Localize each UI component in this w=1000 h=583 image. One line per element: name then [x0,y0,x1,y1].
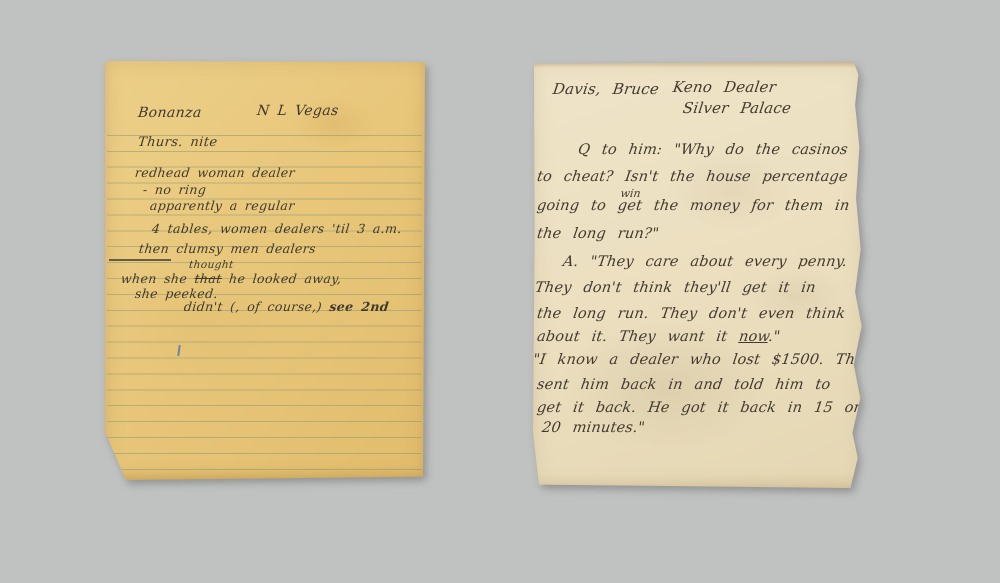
right-note-q-line4: the long run?" [536,226,660,242]
left-note-line-clumsy: then clumsy men dealers [138,241,317,256]
right-note-d-line2: sent him back in and told him to [536,377,832,393]
a-line4-suffix: ." [767,329,781,345]
left-note-date: Thurs. nite [137,135,218,150]
peek-struck-word: that [194,271,223,286]
didnt-prefix: didn't (, of course,) [183,299,330,314]
left-note-page-wrap: Bonanza N L Vegas Thurs. nite redhead wo… [105,61,425,480]
right-note-page: Davis, Bruce Keno Dealer Silver Palace Q… [533,62,863,488]
right-note-q-line2: to cheat? Isn't the house percentage [536,169,849,185]
a-line4-prefix: about it. They want it [536,329,740,345]
peek-suffix: he looked away, [221,271,342,286]
didnt-emphasis: see 2nd [329,299,390,314]
q-line3-prefix: going to [536,198,619,214]
left-note-line-didnt: didn't (, of course,) see 2nd [183,299,390,314]
q-line3-insert-win: win [620,187,642,200]
left-note-location: N L Vegas [256,103,339,119]
left-note-line-ring: - no ring [142,182,207,197]
left-note-page: Bonanza N L Vegas Thurs. nite redhead wo… [105,61,425,480]
left-note-line-peek: when she that he looked away, [120,271,342,286]
right-note-subject-casino: Silver Palace [682,99,793,117]
right-note-q-line3: going to winget the money for them in [536,198,851,214]
photo-background: Bonanza N L Vegas Thurs. nite redhead wo… [0,0,1000,583]
left-note-insert-thought: thought [188,259,234,271]
margin-dash [109,259,171,261]
a-line4-now: now [738,329,770,345]
right-note-a-line2: They don't think they'll get it in [534,280,817,296]
right-note-a-line4: about it. They want it now." [536,329,781,345]
peek-prefix: when she [120,271,195,286]
left-note-line-regular: apparently a regular [149,198,295,213]
blue-pen-mark [177,345,181,356]
right-note-d-line3: get it back. He got it back in 15 or [536,400,862,416]
left-note-title: Bonanza [137,105,202,121]
right-note-q-line1: Q to him: "Why do the casinos have [577,142,896,158]
q-line3-rest: get the money for them in [617,198,851,214]
left-note-line-dealer: redhead woman dealer [134,165,296,180]
right-note-a-line1: A. "They care about every penny. [562,254,848,270]
right-note-page-wrap: Davis, Bruce Keno Dealer Silver Palace Q… [533,62,863,488]
right-note-subject-name: Davis, Bruce [552,80,661,98]
right-note-subject-role: Keno Dealer [672,78,778,96]
right-note-a-line3: the long run. They don't even think [536,306,846,322]
right-note-d-line4: 20 minutes." [541,420,646,436]
left-note-line-tables: 4 tables, women dealers 'til 3 a.m. [151,221,402,236]
right-note-d-line1: "I know a dealer who lost $1500. They [532,352,874,368]
q-line3-rest-wrap: winget the money for them in [617,198,851,214]
